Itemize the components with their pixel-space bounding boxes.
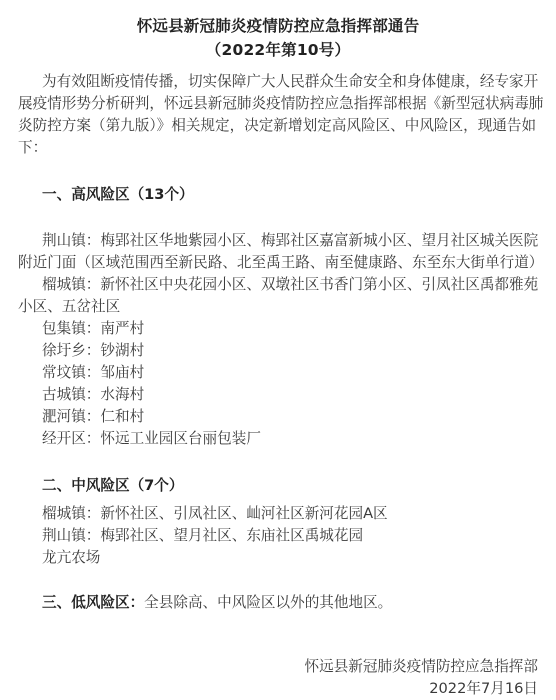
signature-org: 怀远县新冠肺炎疫情防控应急指挥部 — [304, 655, 538, 676]
intro-line: 下： — [18, 137, 47, 159]
notice-number: （2022年第10号） — [0, 38, 556, 60]
list-item: 榴城镇：新怀社区、引凤社区、屾河社区新河花园A区 — [42, 503, 388, 525]
high-risk-heading: 一、高风险区（13个） — [42, 184, 194, 206]
intro-line: 展疫情形势分析研判，怀远县新冠肺炎疫情防控应急指挥部根据《新型冠状病毒肺 — [18, 93, 543, 115]
low-risk-section: 三、低风险区：全县除高、中风险区以外的其他地区。 — [42, 592, 392, 614]
intro-line: 为有效阻断疫情传播，切实保障广大人民群众生命安全和身体健康，经专家开 — [42, 71, 538, 93]
list-item: 淝河镇：仁和村 — [42, 406, 144, 428]
list-item: 徐圩乡：钞湖村 — [42, 340, 144, 362]
medium-risk-heading: 二、中风险区（7个） — [42, 475, 184, 497]
notice-title: 怀远县新冠肺炎疫情防控应急指挥部通告 — [0, 14, 556, 36]
list-item: 荆山镇：梅郢社区、望月社区、东庙社区禹城花园 — [42, 525, 363, 547]
list-item: 龙亢农场 — [42, 547, 100, 569]
intro-line: 炎防控方案（第九版）》相关规定，决定新增划定高风险区、中风险区，现通告如 — [18, 115, 536, 137]
list-item: 附近门面（区域范围西至新民路、北至禹王路、南至健康路、东至东大街单行道） — [18, 252, 543, 274]
list-item: 古城镇：水海村 — [42, 384, 144, 406]
signature-date: 2022年7月16日 — [429, 677, 538, 698]
low-risk-text: 全县除高、中风险区以外的其他地区。 — [144, 594, 392, 611]
list-item: 经开区：怀远工业园区台丽包装厂 — [42, 428, 261, 450]
list-item: 常坟镇：邹庙村 — [42, 362, 144, 384]
list-item: 小区、五岔社区 — [18, 296, 120, 318]
low-risk-heading: 三、低风险区： — [42, 594, 144, 611]
list-item: 荆山镇：梅郢社区华地紫园小区、梅郢社区嘉富新城小区、望月社区城关医院 — [42, 230, 538, 252]
list-item: 包集镇：南严村 — [42, 318, 144, 340]
list-item: 榴城镇：新怀社区中央花园小区、双墩社区书香门第小区、引凤社区禹都雅苑 — [42, 274, 538, 296]
